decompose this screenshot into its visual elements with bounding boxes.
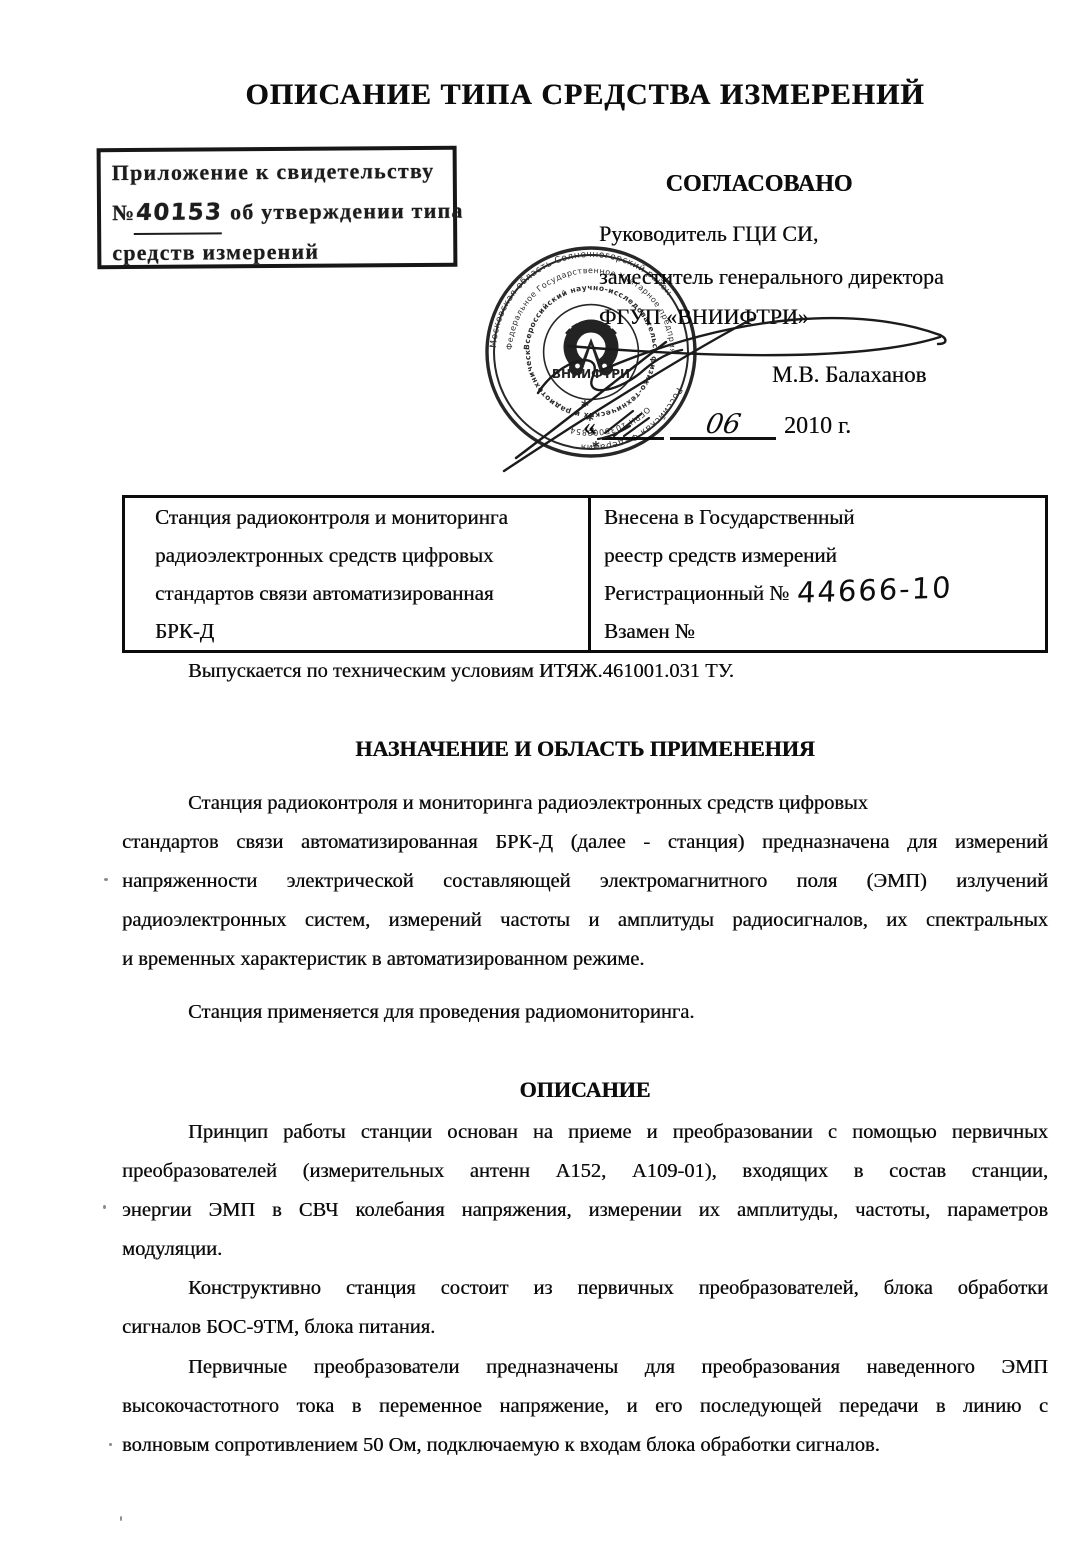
replaces-number-line: Взамен № [604,612,1037,650]
description-paragraph-2: Конструктивно станция состоит из первичн… [122,1269,1048,1347]
registration-number-label: Регистрационный № [604,581,789,605]
description-paragraph-3: Первичные преобразователи предназначены … [122,1348,1048,1465]
annex-no-sign: № [112,200,135,225]
purpose-paragraph: Станция радиоконтроля и мониторинга ради… [122,784,1048,979]
instrument-name-line: Станция радиоконтроля и мониторинга [155,498,580,536]
annex-line-2-rest: об утверждении типа [223,198,463,225]
date-day-scribble-icon [598,411,649,439]
description-section-heading: ОПИСАНИЕ [122,1077,1048,1103]
paragraph-line: преобразователей (измерительных антенн А… [122,1152,1048,1191]
paragraph-line: сигналов БОС-9ТМ, блока питания. [122,1308,1048,1347]
signature-icon [470,240,990,490]
registration-number-line: Регистрационный №44666-10 [604,574,1037,612]
paragraph-line: модуляции. [122,1230,1048,1269]
paragraph-line: и временных характеристик в автоматизиро… [122,940,1048,979]
paragraph-line: напряженности электрической составляющей… [122,862,1048,901]
paragraph-line: высокочастотного тока в переменное напря… [122,1387,1048,1426]
scan-speck [109,1443,112,1446]
annex-stamp-box: Приложение к свидетельству №40153 об утв… [97,146,458,270]
annex-line-1: Приложение к свидетельству [112,151,442,193]
technical-conditions-line: Выпускается по техническим условиям ИТЯЖ… [122,652,1048,691]
registry-entry-line: реестр средств измерений [604,536,1037,574]
paragraph-line: радиоэлектронных систем, измерений часто… [122,901,1048,940]
paragraph-line: Первичные преобразователи предназначены … [122,1348,1048,1387]
annex-line-3: средств измерений [112,231,442,273]
scan-speck [120,1516,122,1521]
paragraph-line: волновым сопротивлением 50 Ом, подключае… [122,1426,1048,1465]
paragraph-line: Конструктивно станция состоит из первичн… [122,1269,1048,1308]
description-paragraph-1: Принцип работы станции основан на приеме… [122,1113,1048,1269]
instrument-name-line: радиоэлектронных средств цифровых [155,536,580,574]
purpose-section-heading: НАЗНАЧЕНИЕ И ОБЛАСТЬ ПРИМЕНЕНИЯ [122,736,1048,762]
instrument-name-line: БРК-Д [155,612,580,650]
registry-entry-line: Внесена в Государственный [604,498,1037,536]
paragraph-line: Принцип работы станции основан на приеме… [122,1113,1048,1152]
registry-table-name-cell: Станция радиоконтроля и мониторинга ради… [125,498,591,650]
instrument-name-line: стандартов связи автоматизированная [155,574,580,612]
application-line: Станция применяется для проведения радио… [122,993,1048,1032]
scan-speck [104,878,108,881]
annex-line-2: №40153 об утверждении типа [112,191,442,233]
registry-table-registration-cell: Внесена в Государственный реестр средств… [591,498,1045,650]
paragraph-line: стандартов связи автоматизированная БРК-… [122,823,1048,862]
registration-number-handwritten: 44666-10 [797,570,954,609]
paragraph-line: Станция радиоконтроля и мониторинга ради… [122,784,1048,823]
registry-table: Станция радиоконтроля и мониторинга ради… [122,495,1048,653]
annex-handwritten-number: 40153 [134,192,225,235]
scan-speck [103,1205,106,1209]
approval-heading: СОГЛАСОВАНО [619,171,899,198]
paragraph-line: энергии ЭМП в СВЧ колебания напряжения, … [122,1191,1048,1230]
document-page: ОПИСАНИЕ ТИПА СРЕДСТВА ИЗМЕРЕНИЙ Приложе… [0,0,1092,1560]
document-title: ОПИСАНИЕ ТИПА СРЕДСТВА ИЗМЕРЕНИЙ [122,78,1048,112]
